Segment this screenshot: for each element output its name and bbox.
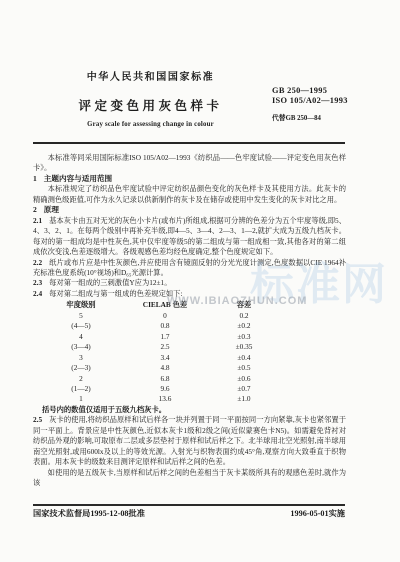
section-2-title: 原理 [44,205,59,214]
table-row: 5 0 0.2 [33,311,287,321]
table-row: 3 3.4 ±0.4 [33,353,287,363]
grade-cell: 4 [33,332,129,342]
column-header-cielab: CIELAB 色差 [129,300,201,310]
approval-note: 国家技术监督局1995-12-08批准 [33,508,145,519]
tolerance-cell: ±0.2 [201,321,287,331]
tolerance-cell: ±1.0 [201,394,287,404]
table-row: 2 6.8 ±0.6 [33,374,287,384]
clause-2-4-number: 2.4 [33,289,42,298]
clause-2-3-number: 2.3 [33,278,42,287]
table-row: (4—5) 0.8 ±0.2 [33,321,287,331]
cielab-cell: 6.8 [129,374,201,384]
clause-2-2-text: 纸片或布片应是中性灰颜色,并应使用含有镜面反射的分光光度计测定,色度数据以CIE… [33,258,346,277]
clause-2-1: 2.1基本灰卡由五对无光的灰色小卡片(或布片)所组成,根据可分辨的色差分为五个牢… [33,216,346,258]
color-difference-table: 牢度级别 CIELAB 色差 容差 5 0 0.2 (4—5) 0.8 ±0.2… [33,300,287,405]
clause-2-3: 2.3每对第一组成的三刺激值Y应为12±1。 [33,278,346,288]
clause-2-2: 2.2纸片或布片应是中性灰颜色,并应使用含有镜面反射的分光光度计测定,色度数据以… [33,258,346,279]
cielab-cell: 1.7 [129,332,201,342]
cielab-cell: 4.8 [129,363,201,373]
grade-cell: 5 [33,311,129,321]
document-header: 中华人民共和国国家标准 评定变色用灰色样卡 Gray scale for ass… [33,68,268,128]
english-subtitle: Gray scale for assessing change in colou… [33,121,268,128]
tolerance-cell: ±0.3 [201,332,287,342]
table-row: (1—2) 9.6 ±0.7 [33,384,287,394]
clause-2-1-number: 2.1 [33,216,42,225]
table-note: 括号内的数值仅适用于五级九档灰卡。 [33,405,346,415]
clause-2-2-number: 2.2 [33,258,42,267]
grade-cell: 1 [33,394,129,404]
document-body: 本标准等同采用国际标准ISO 105/A02—1993《纺织品——色牢度试验——… [33,153,346,503]
table-header-row: 牢度级别 CIELAB 色差 容差 [33,300,287,310]
column-header-tolerance: 容差 [201,300,287,310]
tolerance-cell: 0.2 [201,311,287,321]
grade-cell: (1—2) [33,384,129,394]
section-2-heading: 2原理 [33,205,346,215]
section-1-paragraph: 本标准规定了纺织品色牢度试验中评定纺织品颜色变化的灰色样卡及其使用方法。此灰卡的… [33,184,346,205]
section-1-heading: 1主题内容与适用范围 [33,174,346,184]
standard-number: GB 250—1995 [272,86,392,96]
national-standard-label: 中华人民共和国国家标准 [33,68,268,83]
table-row: 1 13.6 ±1.0 [33,394,287,404]
clause-2-4-text: 每对第二组成与第一组成的色差规定如下: [49,289,182,298]
grade-cell: (4—5) [33,321,129,331]
cielab-cell: 13.6 [129,394,201,404]
iso-number: ISO 105/A02—1993 [272,96,392,106]
section-1-number: 1 [33,174,37,183]
page-title: 评定变色用灰色样卡 [33,96,268,114]
intro-paragraph: 本标准等同采用国际标准ISO 105/A02—1993《纺织品——色牢度试验——… [33,153,346,174]
tolerance-cell: ±0.6 [201,374,287,384]
standard-codes-block: GB 250—1995 ISO 105/A02—1993 代替GB 250—84 [272,86,392,122]
tolerance-cell: ±0.35 [201,342,287,352]
cielab-cell: 0 [129,311,201,321]
section-1-title: 主题内容与适用范围 [44,174,112,183]
standard-document-page: 中华人民共和国国家标准 评定变色用灰色样卡 Gray scale for ass… [0,0,400,562]
grade-cell: (3—4) [33,342,129,352]
tolerance-cell: ±0.5 [201,363,287,373]
clause-2-3-text: 每对第一组成的三刺激值Y应为12±1。 [49,278,171,287]
clause-2-4: 2.4每对第二组成与第一组成的色差规定如下: [33,289,346,299]
cielab-cell: 0.8 [129,321,201,331]
clause-2-5: 2.5灰卡的使用,将纺织品原样和试后样各一块并列置于同一平面按同一方向紧靠,灰卡… [33,415,346,467]
clause-2-5-text: 灰卡的使用,将纺织品原样和试后样各一块并列置于同一平面按同一方向紧靠,灰卡也紧邻… [33,415,346,466]
replaces-note: 代替GB 250—84 [272,112,392,122]
cielab-cell: 2.5 [129,342,201,352]
table-row: (2—3) 4.8 ±0.5 [33,363,287,373]
clause-2-1-text: 基本灰卡由五对无光的灰色小卡片(或布片)所组成,根据可分辨的色差分为五个牢度等级… [33,216,346,256]
grade-cell: 2 [33,374,129,384]
tolerance-cell: ±0.4 [201,353,287,363]
closing-paragraph: 如使用的是五级灰卡,当原样和试后样之间的色差相当于灰卡某级所具有的观感色差时,就… [33,468,346,489]
effective-date: 1996-05-01实施 [290,508,345,519]
footer-divider [33,504,345,506]
cielab-cell: 9.6 [129,384,201,394]
column-header-grade: 牢度级别 [33,300,129,310]
grade-cell: 3 [33,353,129,363]
table-row: 4 1.7 ±0.3 [33,332,287,342]
section-2-number: 2 [33,205,37,214]
grade-cell: (2—3) [33,363,129,373]
clause-2-5-number: 2.5 [33,415,42,424]
table-row: (3—4) 2.5 ±0.35 [33,342,287,352]
tolerance-cell: ±0.7 [201,384,287,394]
document-footer: 国家技术监督局1995-12-08批准 1996-05-01实施 [33,508,345,519]
cielab-cell: 3.4 [129,353,201,363]
header-divider [33,142,345,144]
